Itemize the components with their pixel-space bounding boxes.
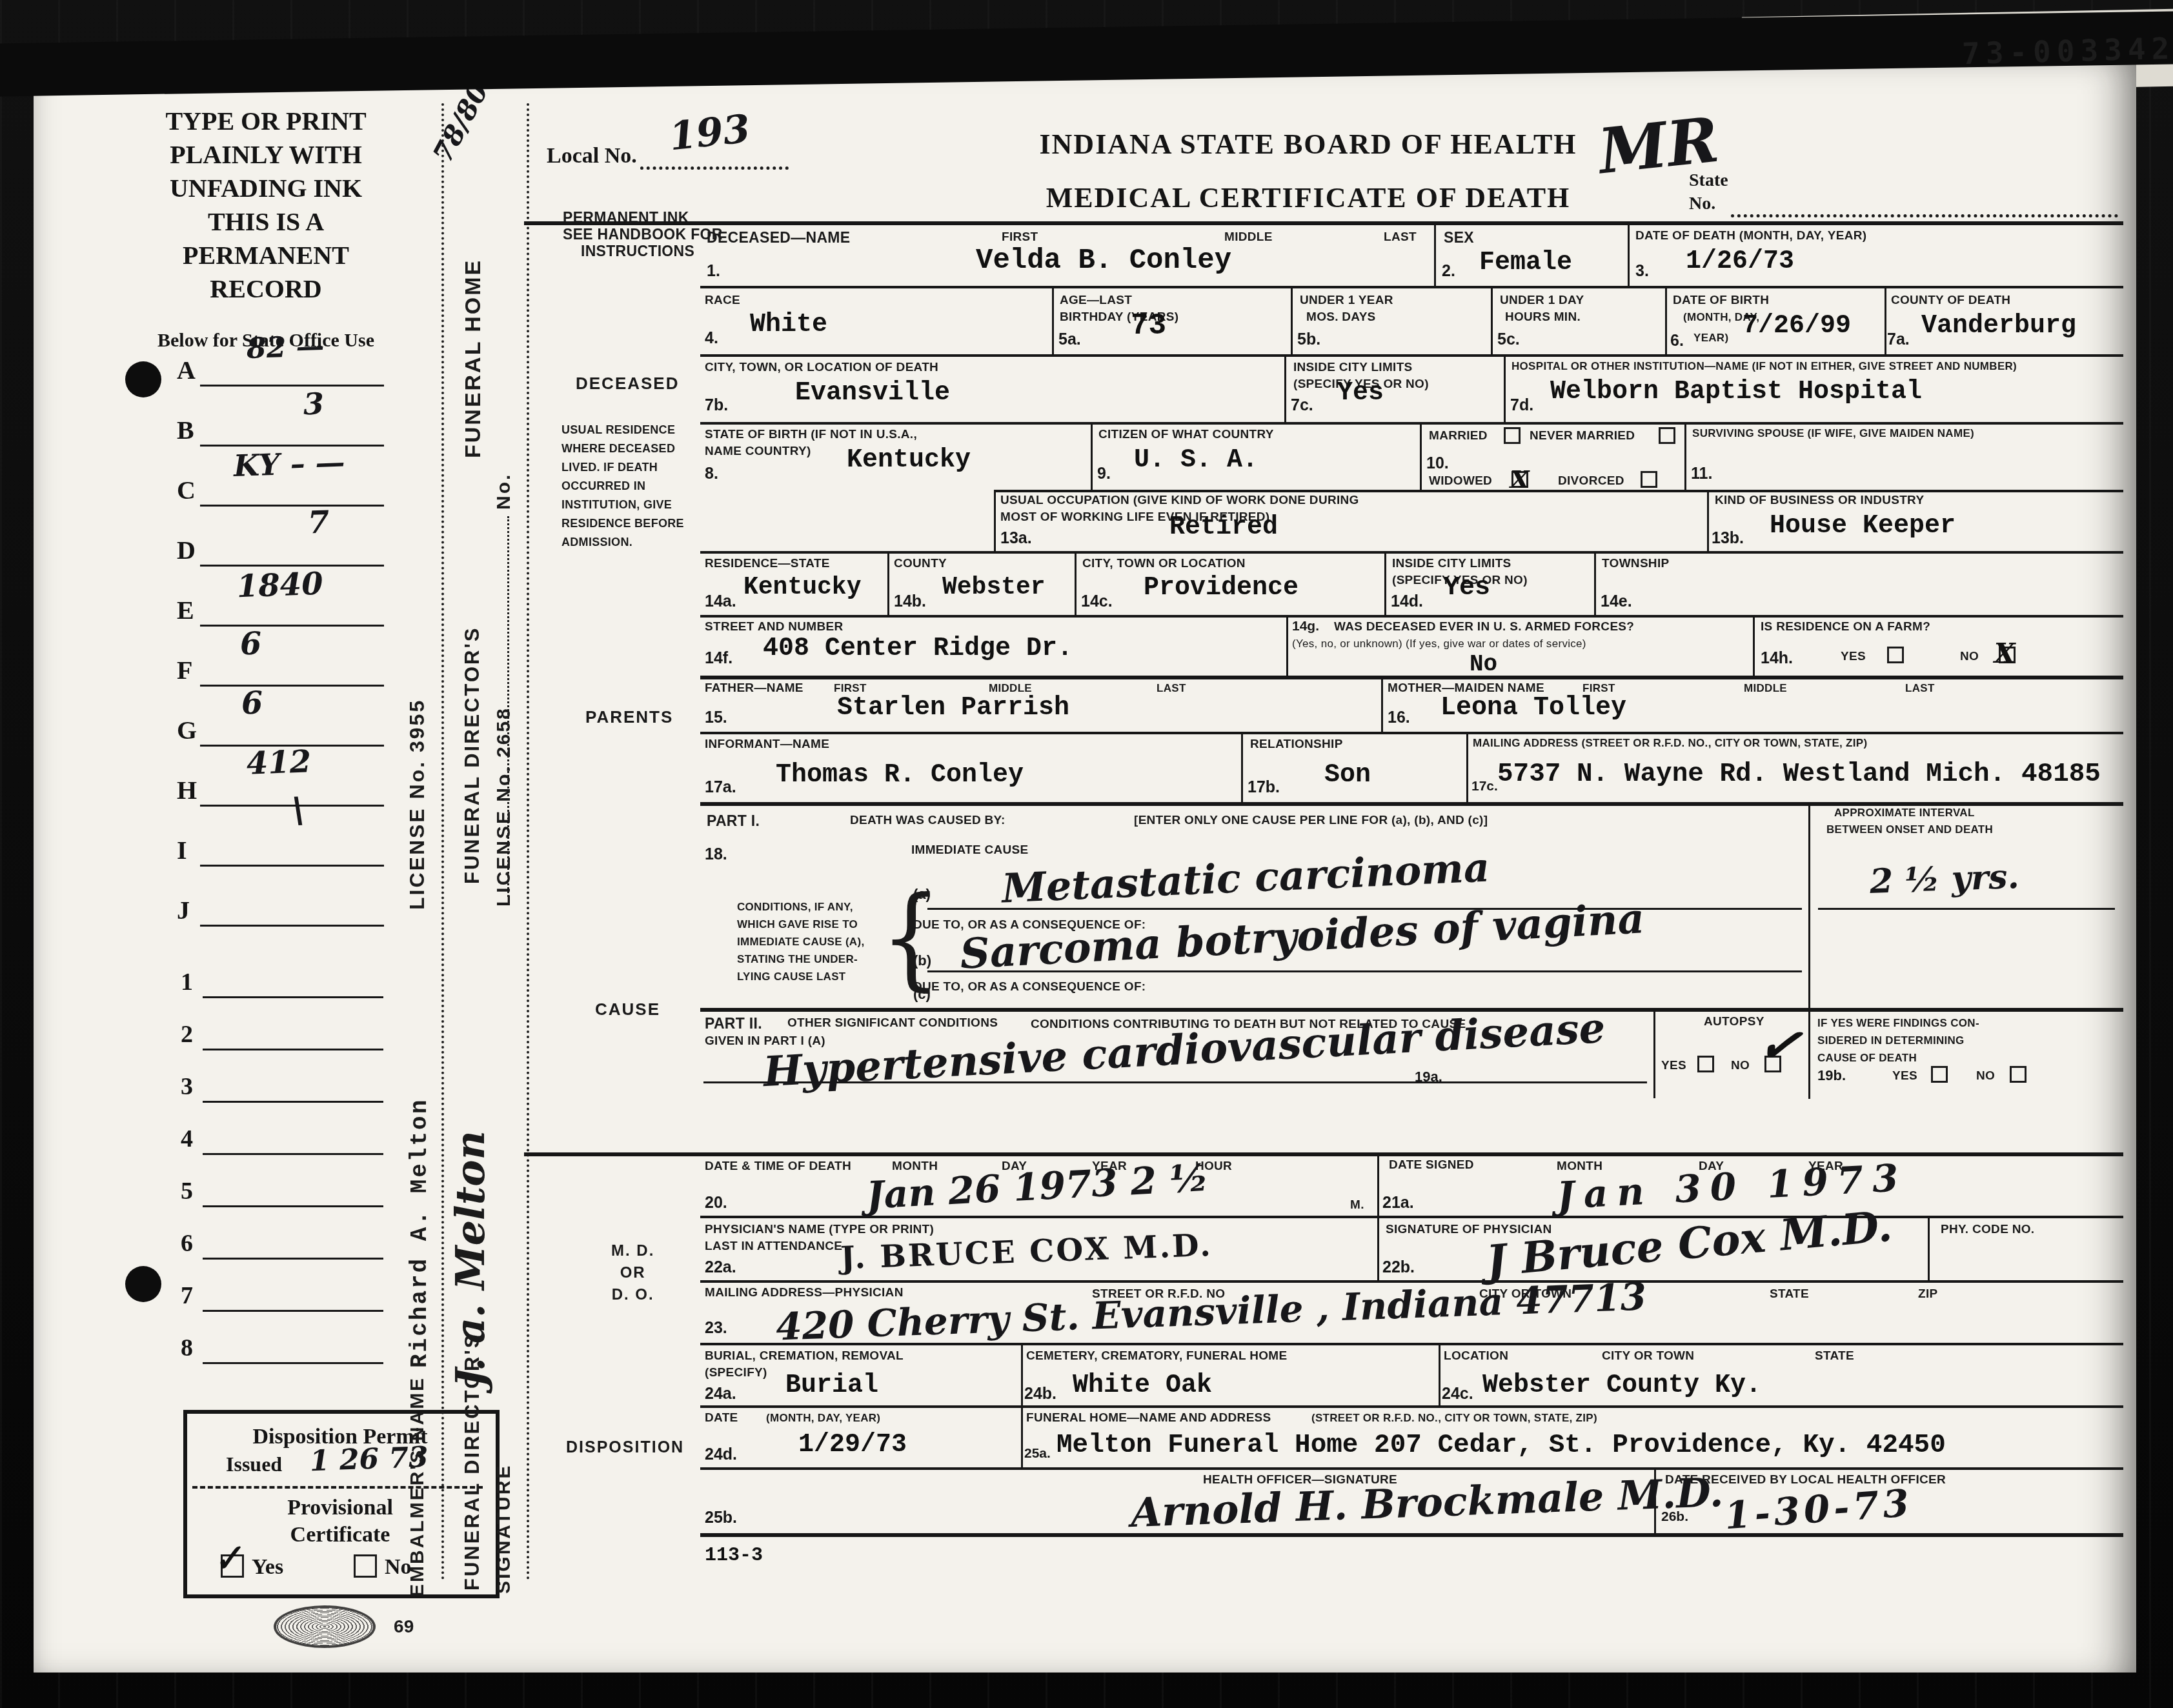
residence-inside-value: Yes — [1444, 576, 1490, 601]
cause-a-interval: 2 ½ yrs. — [1869, 861, 2019, 898]
funeral-home-vertical-label: FUNERAL HOME — [461, 239, 486, 458]
local-no-value: 193 — [667, 111, 752, 156]
farm-yes-checkbox — [1887, 647, 1904, 663]
form-code: 113-3 — [705, 1546, 763, 1565]
col-middle: MIDDLE — [1224, 230, 1273, 245]
permit-yes-label: Yes — [252, 1553, 283, 1582]
hospital-value: Welborn Baptist Hospital — [1550, 379, 1922, 405]
married-checkbox — [1504, 427, 1521, 444]
margin-row-value: \ — [291, 794, 305, 827]
certificate-paper: TYPE OR PRINT PLAINLY WITH UNFADING INK … — [34, 65, 2136, 1673]
col-first: FIRST — [1002, 230, 1038, 245]
col-last: LAST — [1384, 230, 1417, 245]
funeral-director-vertical-label: FUNERAL DIRECTOR'S — [461, 568, 484, 884]
phy-code-label: PHY. CODE NO. — [1941, 1222, 2034, 1237]
informant-address-value: 5737 N. Wayne Rd. Westland Mich. 48185 — [1497, 761, 2101, 788]
side-label-usual-residence: USUAL RESIDENCE WHERE DECEASED LIVED. IF… — [561, 421, 684, 552]
state-file-number-stamp-overlay: 73-003342 — [1961, 31, 2173, 72]
margin-row-letter: F — [177, 654, 192, 687]
deceased-name-value: Velda B. Conley — [976, 246, 1231, 275]
sex-label: SEX — [1444, 228, 1474, 246]
deceased-name-label: DECEASED—NAME — [707, 228, 850, 246]
margin-row-value: 1840 — [236, 570, 323, 602]
burial-date-value: 1/29/73 — [798, 1432, 907, 1458]
margin-row-letter: C — [177, 474, 196, 507]
state-no-line — [1731, 214, 2118, 217]
permit-provisional: Provisional — [201, 1494, 479, 1522]
permit-yes-mark: ✓ — [210, 1536, 245, 1581]
funeral-director-vertical-label-2: FUNERAL DIRECTOR'S — [461, 1294, 484, 1591]
farm-no-mark: X — [1994, 638, 2016, 669]
informant-name-value: Thomas R. Conley — [776, 763, 1024, 789]
margin-row-letter: B — [177, 414, 194, 447]
margin-row-letter: J — [177, 894, 190, 927]
permit-certificate: Certificate — [201, 1521, 479, 1549]
cause-b-value: Sarcoma botryoides of vagina — [959, 899, 1645, 974]
note-line: INSTRUCTIONS — [563, 243, 723, 259]
margin-row-value: 3 — [303, 390, 325, 419]
city-of-death-value: Evansville — [795, 381, 950, 407]
findings-note: IF YES WERE FINDINGS CON- SIDERED IN DET… — [1817, 1014, 1979, 1067]
punch-hole-bottom — [125, 1266, 161, 1302]
residence-state-value: Kentucky — [743, 576, 861, 600]
margin-row-value: 7 — [307, 508, 330, 538]
relationship-value: Son — [1324, 763, 1371, 789]
funeral-home-no-label: No. — [493, 426, 515, 510]
citizen-value: U. S. A. — [1134, 448, 1258, 474]
margin-instructions: TYPE OR PRINT PLAINLY WITH UNFADING INK … — [130, 105, 401, 306]
race-value: White — [750, 312, 827, 338]
dotted-rule-left — [441, 103, 444, 1581]
residence-county-value: Webster — [942, 576, 1046, 600]
margin-instr-line: UNFADING INK — [130, 172, 401, 205]
industry-value: House Keeper — [1770, 514, 1956, 539]
widowed-mark: X — [1510, 465, 1529, 494]
local-no-label: Local No. — [547, 142, 637, 170]
burial-location-value: Webster County Ky. — [1482, 1373, 1761, 1399]
embalmer-name-label: EMBALMER'S NAME — [407, 1391, 429, 1597]
union-label-stamp — [274, 1605, 376, 1648]
margin-row-number: 2 — [181, 1019, 193, 1050]
margin-row-letter: I — [177, 834, 187, 867]
county-of-death-value: Vanderburg — [1921, 314, 2076, 339]
side-label-md-do: M. D. OR D. O. — [611, 1240, 654, 1306]
burial-type-value: Burial — [785, 1373, 878, 1399]
dotted-rule-right — [527, 103, 529, 1581]
margin-row-letter: A — [177, 354, 196, 387]
physician-name-value: J. BRUCE COX M.D. — [840, 1231, 1213, 1274]
margin-instr-line: THIS IS A — [130, 205, 401, 239]
mother-name-value: Leona Tolley — [1440, 696, 1626, 721]
margin-row-letter: H — [177, 774, 197, 807]
date-received-value: 1-30-73 — [1723, 1485, 1914, 1534]
sex-value: Female — [1479, 250, 1572, 276]
funeral-home-value: Melton Funeral Home 207 Cedar, St. Provi… — [1056, 1432, 1946, 1459]
city-of-death-label: CITY, TOWN, OR LOCATION OF DEATH — [705, 360, 938, 375]
permit-no-checkbox — [354, 1554, 377, 1578]
margin-row-number: 4 — [181, 1123, 193, 1155]
state-label: State — [1689, 169, 1728, 192]
margin-row-value: 82 — — [246, 333, 325, 363]
permanent-ink-note: PERMANENT INK SEE HANDBOOK FOR INSTRUCTI… — [563, 209, 723, 259]
local-no-line — [640, 166, 789, 170]
divorced-checkbox — [1641, 471, 1657, 488]
punch-hole-top — [125, 361, 161, 397]
conditions-brace: { — [880, 882, 942, 994]
side-label-disposition: DISPOSITION — [566, 1438, 684, 1458]
stamp-year: 69 — [394, 1616, 414, 1638]
margin-row-value: KY – — — [233, 448, 345, 481]
date-of-death-label: DATE OF DEATH (MONTH, DAY, YEAR) — [1635, 228, 1866, 243]
note-line: SEE HANDBOOK FOR — [563, 226, 723, 243]
side-label-cause: CAUSE — [595, 999, 660, 1020]
margin-instr-line: PLAINLY WITH — [130, 138, 401, 172]
conditions-note: CONDITIONS, IF ANY, WHICH GAVE RISE TO I… — [737, 898, 864, 985]
title-line-2: MEDICAL CERTIFICATE OF DEATH — [905, 179, 1712, 216]
margin-row-value: 6 — [241, 688, 263, 719]
side-label-deceased: DECEASED — [576, 373, 679, 394]
margin-row-number: 7 — [181, 1280, 193, 1312]
margin-row-number: 8 — [181, 1332, 193, 1364]
disposition-permit-box: Disposition Permit Issued 1 26 73 Provis… — [183, 1410, 500, 1598]
margin-row-letter: G — [177, 714, 197, 747]
embalmer-name-value: Richard A. Melton — [407, 987, 433, 1368]
signature-vertical-label: SIGNATURE — [493, 1432, 515, 1594]
hospital-label: HOSPITAL OR OTHER INSTITUTION—NAME (IF N… — [1511, 360, 2017, 374]
autopsy-no-mark: ✓ — [1754, 1012, 1805, 1078]
margin-instr-line: PERMANENT — [130, 239, 401, 272]
margin-row-number: 6 — [181, 1228, 193, 1260]
surviving-spouse-label: SURVIVING SPOUSE (IF WIFE, GIVE MAIDEN N… — [1692, 427, 1974, 441]
funeral-director-license-number: LICENSE No. 2658 — [493, 590, 515, 907]
street-value: 408 Center Ridge Dr. — [763, 636, 1073, 662]
margin-row-number: 5 — [181, 1176, 193, 1207]
autopsy-yes-checkbox — [1697, 1056, 1714, 1072]
residence-city-value: Providence — [1144, 576, 1299, 601]
scanned-death-certificate: 73-003342 TYPE OR PRINT PLAINLY WITH UNF… — [0, 0, 2173, 1708]
margin-instr-line: RECORD — [130, 272, 401, 306]
never-married-checkbox — [1659, 427, 1675, 444]
farm-label: IS RESIDENCE ON A FARM? — [1761, 619, 1930, 634]
inside-city-limits-value: Yes — [1337, 381, 1384, 407]
margin-row-letter: E — [177, 594, 194, 627]
margin-row-number: 3 — [181, 1071, 193, 1103]
pencil-scrawl: 78/80 — [429, 79, 492, 166]
margin-row-value: 412 — [246, 747, 312, 779]
date-of-death-value: 1/26/73 — [1686, 249, 1794, 275]
margin-instr-line: TYPE OR PRINT — [130, 105, 401, 138]
findings-no-checkbox — [2010, 1066, 2026, 1083]
race-label: RACE — [705, 293, 740, 308]
margin-row-letter: D — [177, 534, 196, 567]
occupation-value: Retired — [1169, 515, 1278, 541]
armed-forces-value: No — [1470, 653, 1497, 676]
side-label-parents: PARENTS — [585, 707, 673, 728]
embalmer-license-number: LICENSE No. 3955 — [405, 600, 429, 910]
age-value: 73 — [1131, 311, 1166, 341]
permit-issued-label: Issued — [226, 1451, 282, 1478]
father-name-value: Starlen Parrish — [837, 696, 1069, 721]
county-of-death-label: COUNTY OF DEATH — [1891, 293, 2010, 308]
cemetery-value: White Oak — [1073, 1373, 1212, 1399]
margin-row-number: 1 — [181, 967, 193, 998]
date-of-birth-value: 7/26/99 — [1743, 314, 1851, 339]
cause-a-value: Metastatic carcinoma — [1001, 849, 1490, 909]
title-line-1: INDIANA STATE BOARD OF HEALTH — [905, 126, 1712, 163]
margin-row-value: 6 — [239, 629, 262, 659]
state-no-label: No. — [1689, 192, 1715, 216]
state-of-birth-value: Kentucky — [847, 448, 971, 474]
findings-yes-checkbox — [1931, 1066, 1948, 1083]
